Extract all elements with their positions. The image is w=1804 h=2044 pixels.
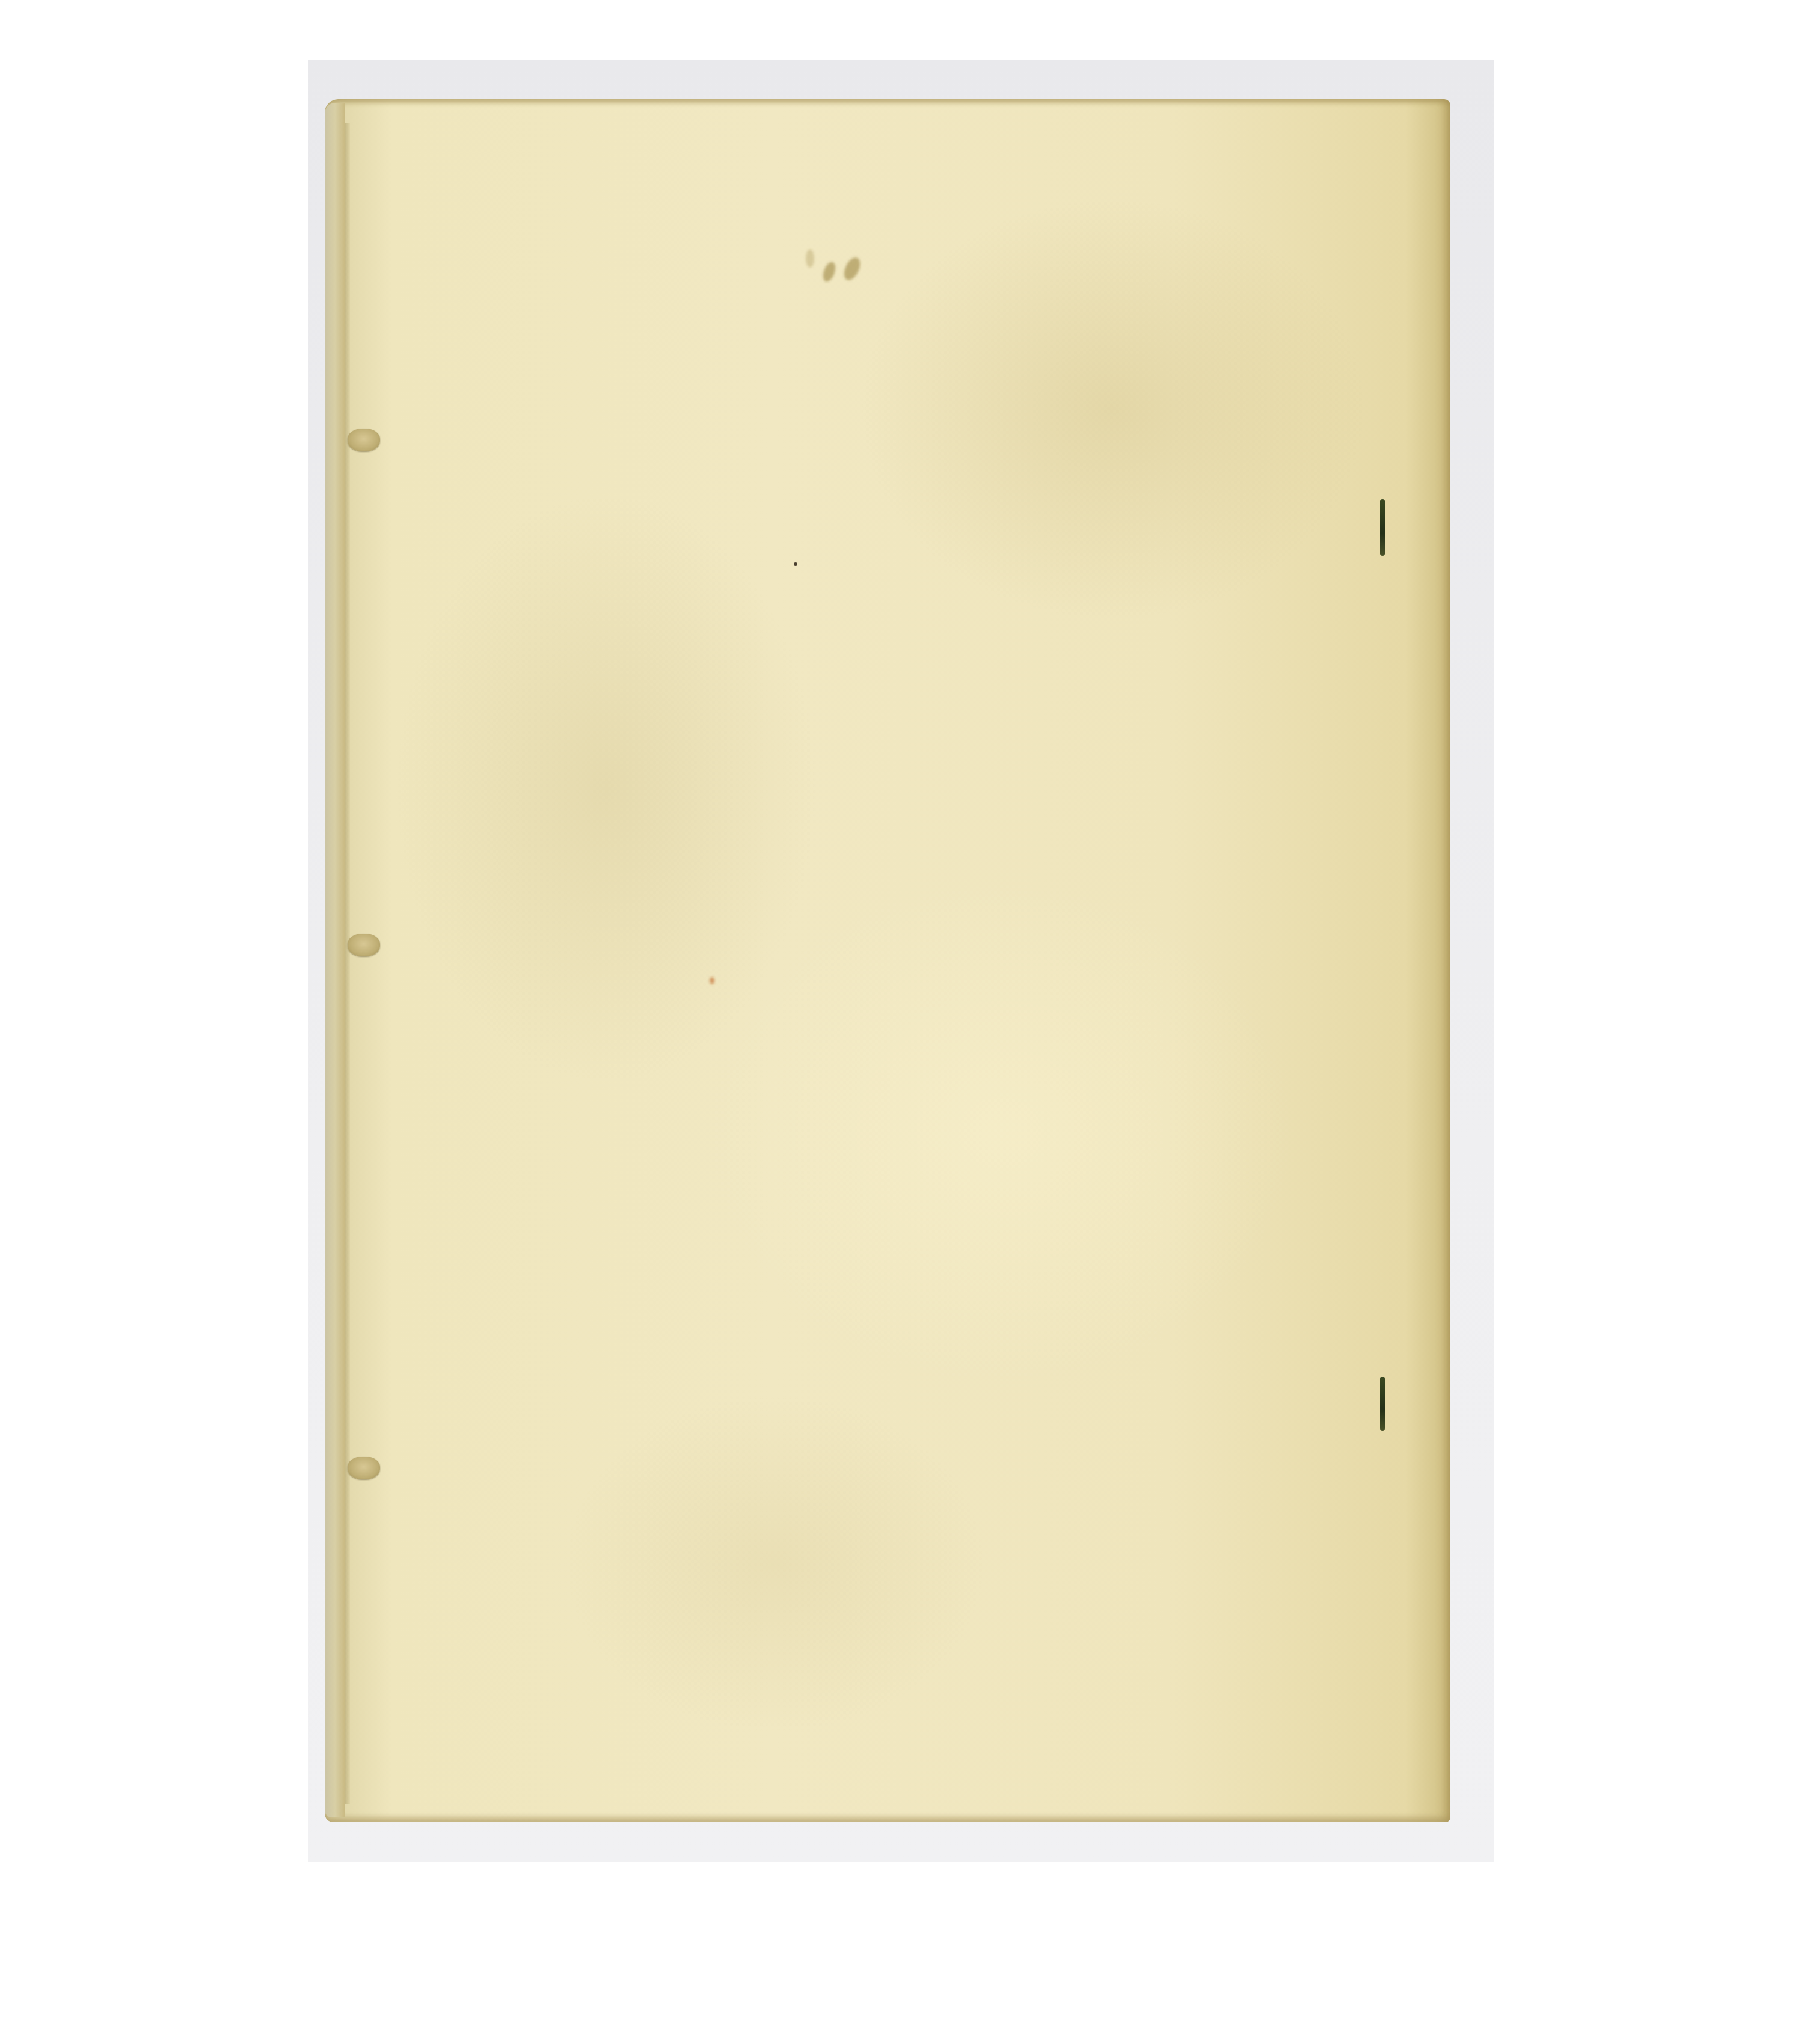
stain-mark <box>710 977 714 984</box>
spine-tab-lower <box>348 1457 380 1479</box>
tie-slit-upper <box>1380 499 1385 556</box>
vellum-book-cover <box>325 99 1450 1822</box>
spine-joint <box>345 123 350 1804</box>
stain-mark <box>821 260 838 283</box>
stain-mark <box>841 255 864 283</box>
speck-mark <box>794 562 797 566</box>
spine-tab-middle <box>348 934 380 956</box>
stain-mark <box>806 249 814 268</box>
spine-tab-upper <box>348 429 380 451</box>
spine-edge <box>325 103 345 1817</box>
tie-slit-lower <box>1380 1377 1385 1431</box>
